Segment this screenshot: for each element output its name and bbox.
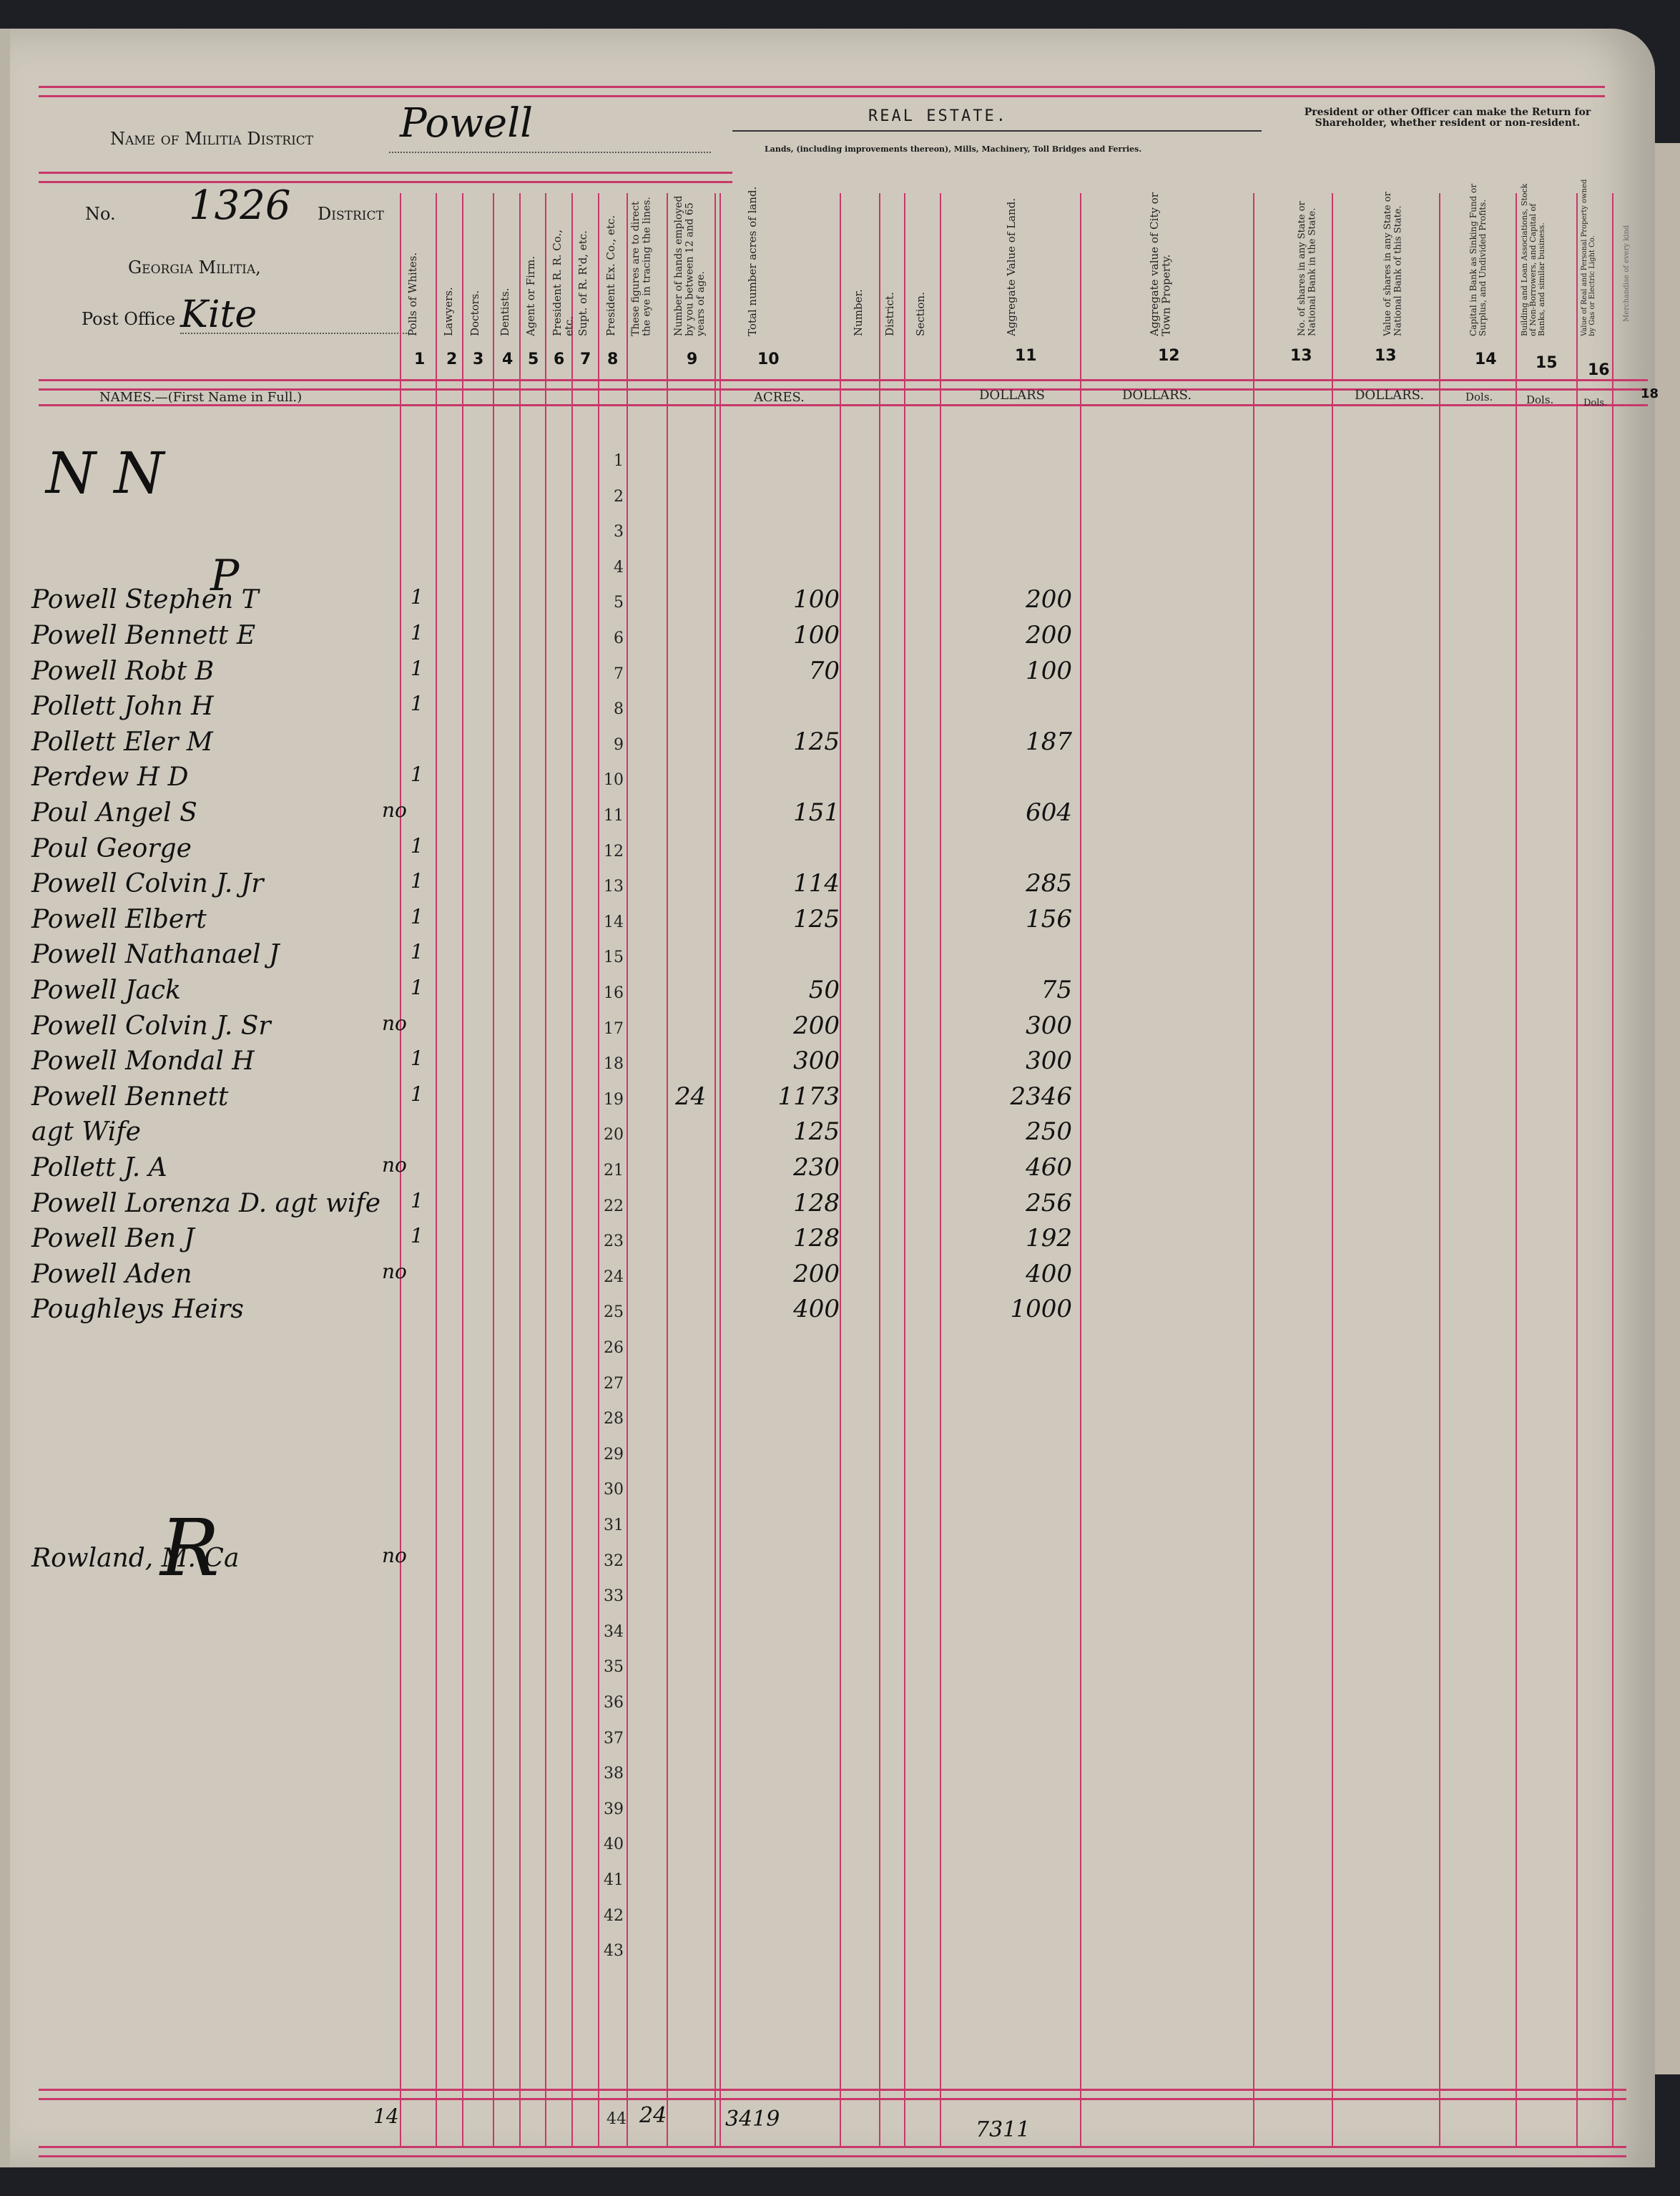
district-label: District	[318, 204, 384, 224]
acres-value: 1173	[768, 1082, 840, 1111]
line-number: 15	[595, 949, 624, 966]
line-number: 9	[595, 736, 624, 754]
land-value: 400	[997, 1260, 1072, 1288]
polls-mark: 1	[411, 940, 423, 964]
line-number: 29	[595, 1446, 624, 1464]
col-number-label: Number.	[853, 286, 865, 336]
line-number: 36	[595, 1694, 624, 1712]
line-number: 22	[595, 1197, 624, 1215]
col-num-12: 12	[1158, 347, 1180, 365]
polls-mark: 1	[411, 834, 423, 858]
col-num-13b: 13	[1375, 347, 1397, 365]
section-letter-n: N N	[46, 440, 164, 506]
hands-employed: 24	[675, 1082, 706, 1111]
militia-district-value: Powell	[400, 100, 533, 147]
taxpayer-name: Powell Lorenza D. agt wife	[31, 1189, 380, 1218]
col-num-4: 4	[502, 351, 513, 368]
real-estate-subtitle: Lands, (including improvements thereon),…	[765, 144, 1141, 154]
col-num-8: 8	[607, 351, 618, 368]
polls-mark: 1	[411, 1082, 423, 1106]
land-value: 250	[997, 1117, 1072, 1146]
land-value: 156	[997, 905, 1072, 933]
col-merchandise-label: Merchandise of every kind	[1623, 179, 1637, 322]
line-number: 20	[595, 1126, 624, 1144]
taxpayer-name: Perdew H D	[31, 763, 188, 792]
col-doctors-label: Doctors.	[469, 265, 481, 336]
taxpayer-name: Powell Robt B	[31, 657, 214, 686]
col-num-14: 14	[1475, 351, 1497, 368]
taxpayer-name: Powell Colvin J. Jr	[31, 869, 263, 898]
total-line-number: 44	[598, 2110, 627, 2128]
taxpayer-name: Rowland, M. Ca	[31, 1544, 239, 1573]
polls-mark: 1	[411, 585, 423, 609]
taxpayer-name: Powell Jack	[31, 976, 181, 1005]
line-number: 16	[595, 984, 624, 1002]
acres-value: 151	[768, 798, 840, 827]
line-number: 40	[595, 1835, 624, 1853]
unit-dollars-shares: DOLLARS.	[1355, 388, 1424, 403]
taxpayer-name: Poul Angel S	[31, 798, 197, 828]
line-number: 30	[595, 1481, 624, 1499]
land-value: 192	[997, 1224, 1072, 1253]
col-capital-bank-label: Capital in Bank as Sinking Fund or Surpl…	[1469, 179, 1505, 336]
land-value: 1000	[997, 1295, 1072, 1323]
polls-mark: 1	[411, 763, 423, 786]
post-office-label: Post Office	[82, 309, 175, 329]
taxpayer-name: Powell Mondal H	[31, 1046, 255, 1076]
totals-rule-top	[39, 2089, 1626, 2100]
polls-mark: no	[382, 1153, 407, 1177]
line-number: 43	[595, 1942, 624, 1960]
col-num-9: 9	[687, 351, 697, 368]
acres-value: 114	[768, 869, 840, 898]
taxpayer-name: Pollett J. A	[31, 1153, 167, 1182]
col-num-16: 16	[1588, 361, 1610, 379]
col-gas-electric-label: Value of Real and Personal Property owne…	[1581, 179, 1609, 336]
line-number: 32	[595, 1552, 624, 1570]
taxpayer-name: Powell Stephen T	[31, 585, 259, 614]
acres-value: 100	[768, 585, 840, 614]
col-president-ex-label: President Ex. Co., etc.	[605, 215, 617, 336]
col-num-2: 2	[446, 351, 457, 368]
unit-dols-16: Dols.	[1583, 398, 1607, 408]
polls-mark: no	[382, 1544, 407, 1567]
line-number: 13	[595, 878, 624, 896]
line-number: 26	[595, 1339, 624, 1357]
line-number: 25	[595, 1303, 624, 1321]
line-number: 19	[595, 1091, 624, 1109]
polls-mark: 1	[411, 692, 423, 715]
line-number: 42	[595, 1907, 624, 1925]
line-number: 7	[595, 665, 624, 683]
col-acres-label: Total number acres of land.	[747, 186, 759, 336]
col-dentists-label: Dentists.	[499, 265, 511, 336]
col-district-label: District.	[884, 286, 896, 336]
taxpayer-name: Powell Ben J	[31, 1224, 195, 1253]
polls-mark: 1	[411, 1224, 423, 1247]
land-value: 460	[997, 1153, 1072, 1182]
district-dotted-line	[389, 152, 711, 153]
acres-value: 400	[768, 1295, 840, 1323]
line-number: 37	[595, 1730, 624, 1748]
col-num-10: 10	[757, 351, 780, 368]
polls-mark: 1	[411, 657, 423, 680]
col-num-11: 11	[1015, 347, 1037, 365]
taxpayer-name: agt Wife	[31, 1117, 141, 1147]
line-number: 11	[595, 807, 624, 825]
line-number: 38	[595, 1765, 624, 1783]
col-num-3: 3	[473, 351, 483, 368]
acres-value: 50	[768, 976, 840, 1004]
line-number: 12	[595, 843, 624, 861]
line-number: 28	[595, 1410, 624, 1428]
line-number: 31	[595, 1516, 624, 1534]
georgia-militia-label: Georgia Militia,	[128, 258, 261, 278]
land-value: 256	[997, 1189, 1072, 1217]
land-value: 300	[997, 1011, 1072, 1040]
taxpayer-name: Powell Elbert	[31, 905, 207, 934]
col-lawyers-label: Lawyers.	[443, 265, 455, 336]
no-label: No.	[85, 204, 116, 224]
header-rule-left	[39, 172, 732, 183]
militia-district-label: Name of Militia District	[110, 129, 313, 149]
acres-value: 125	[768, 1117, 840, 1146]
unit-dollars-city: DOLLARS.	[1122, 388, 1192, 403]
land-value: 2346	[997, 1082, 1072, 1111]
total-polls: 14	[373, 2104, 399, 2128]
taxpayer-name: Powell Bennett	[31, 1082, 228, 1112]
land-value: 200	[997, 621, 1072, 650]
line-number: 10	[595, 771, 624, 789]
col-polls-label: Polls of Whites.	[407, 243, 419, 336]
acres-value: 300	[768, 1046, 840, 1075]
polls-mark: no	[382, 1260, 407, 1283]
col-num-13a: 13	[1290, 347, 1312, 365]
col-num-5: 5	[528, 351, 539, 368]
land-value: 300	[997, 1046, 1072, 1075]
land-value: 187	[997, 727, 1072, 756]
taxpayer-name: Powell Nathanael J	[31, 940, 279, 969]
line-number: 24	[595, 1268, 624, 1286]
col-city-property-label: Aggregate value of City or Town Property…	[1149, 179, 1180, 336]
land-value: 200	[997, 585, 1072, 614]
line-number: 1	[595, 452, 624, 470]
col-aggregate-land-label: Aggregate Value of Land.	[1006, 193, 1018, 336]
acres-value: 200	[768, 1260, 840, 1288]
line-number: 35	[595, 1658, 624, 1676]
total-hands: 24	[639, 2103, 667, 2128]
line-number: 27	[595, 1375, 624, 1393]
polls-mark: 1	[411, 905, 423, 928]
col-section-label: Section.	[915, 286, 927, 336]
acres-value: 70	[768, 657, 840, 685]
col-num-1: 1	[414, 351, 425, 368]
col-president-rr-label: President R. R. Co., etc.	[551, 207, 575, 336]
taxpayer-name: Pollett Eler M	[31, 727, 213, 757]
total-land-value: 7311	[976, 2117, 1030, 2142]
post-office-value: Kite	[180, 293, 257, 336]
polls-mark: no	[382, 798, 407, 822]
col-num-7: 7	[580, 351, 591, 368]
line-number: 33	[595, 1587, 624, 1605]
taxpayer-name: Powell Aden	[31, 1260, 192, 1289]
real-estate-rule	[732, 130, 1262, 132]
col-num-15: 15	[1536, 354, 1558, 372]
polls-mark: no	[382, 1011, 407, 1035]
col-bank-shares-count-label: No. of shares in any State or National B…	[1297, 179, 1329, 336]
line-number: 14	[595, 913, 624, 931]
land-value: 285	[997, 869, 1072, 898]
land-value: 604	[997, 798, 1072, 827]
acres-value: 230	[768, 1153, 840, 1182]
names-column-header: NAMES.—(First Name in Full.)	[99, 390, 302, 405]
line-number: 23	[595, 1232, 624, 1250]
line-number: 2	[595, 488, 624, 506]
line-number: 21	[595, 1162, 624, 1180]
line-number: 3	[595, 523, 624, 541]
col-line-guide-label: These figures are to direct the eye in t…	[631, 182, 662, 336]
total-acres: 3419	[725, 2107, 780, 2132]
polls-mark: 1	[411, 976, 423, 999]
col-building-loan-label: Building and Loan Associations, Stock of…	[1521, 179, 1571, 336]
col-num-6: 6	[554, 351, 564, 368]
top-rule	[39, 86, 1605, 97]
acres-value: 200	[768, 1011, 840, 1040]
taxpayer-name: Poul George	[31, 834, 192, 863]
shareholder-note: President or other Officer can make the …	[1290, 107, 1605, 129]
line-number: 34	[595, 1623, 624, 1641]
taxpayer-name: Powell Bennett E	[31, 621, 255, 650]
polls-mark: 1	[411, 1046, 423, 1070]
polls-mark: 1	[411, 1189, 423, 1212]
real-estate-title: REAL ESTATE.	[868, 107, 1008, 125]
line-number: 39	[595, 1800, 624, 1818]
line-number: 5	[595, 594, 624, 612]
line-number: 18	[595, 1055, 624, 1073]
acres-value: 100	[768, 621, 840, 650]
taxpayer-name: Pollett John H	[31, 692, 213, 721]
unit-dollars-land: DOLLARS	[979, 388, 1045, 403]
polls-mark: 1	[411, 621, 423, 644]
post-office-dotted-line	[180, 333, 409, 334]
col-bank-shares-value-label: Value of shares in any State or National…	[1383, 179, 1415, 336]
land-value: 100	[997, 657, 1072, 685]
taxpayer-name: Poughleys Heirs	[31, 1295, 244, 1324]
polls-mark: 1	[411, 869, 423, 893]
col-supt-rr-label: Supt. of R. R'd, etc.	[577, 215, 589, 336]
unit-dols-15: Dols.	[1526, 393, 1553, 406]
taxpayer-name: Powell Colvin J. Sr	[31, 1011, 271, 1041]
acres-value: 125	[768, 905, 840, 933]
col-hands-label: Number of hands employed by you between …	[674, 182, 709, 336]
acres-value: 125	[768, 727, 840, 756]
unit-dols-14: Dols.	[1465, 391, 1493, 403]
totals-rule-bottom	[39, 2146, 1626, 2157]
line-number: 17	[595, 1020, 624, 1038]
col-agent-label: Agent or Firm.	[525, 236, 537, 336]
district-number-value: 1326	[189, 182, 291, 229]
ledger-page: Name of Militia District Powell No. 1326…	[10, 29, 1655, 2167]
unit-acres: ACRES.	[754, 390, 805, 405]
col-num-18: 18	[1641, 386, 1659, 401]
land-value: 75	[997, 976, 1072, 1004]
line-number: 6	[595, 629, 624, 647]
line-number: 8	[595, 700, 624, 718]
line-number: 4	[595, 559, 624, 577]
acres-value: 128	[768, 1224, 840, 1253]
acres-value: 128	[768, 1189, 840, 1217]
line-number: 41	[595, 1871, 624, 1889]
